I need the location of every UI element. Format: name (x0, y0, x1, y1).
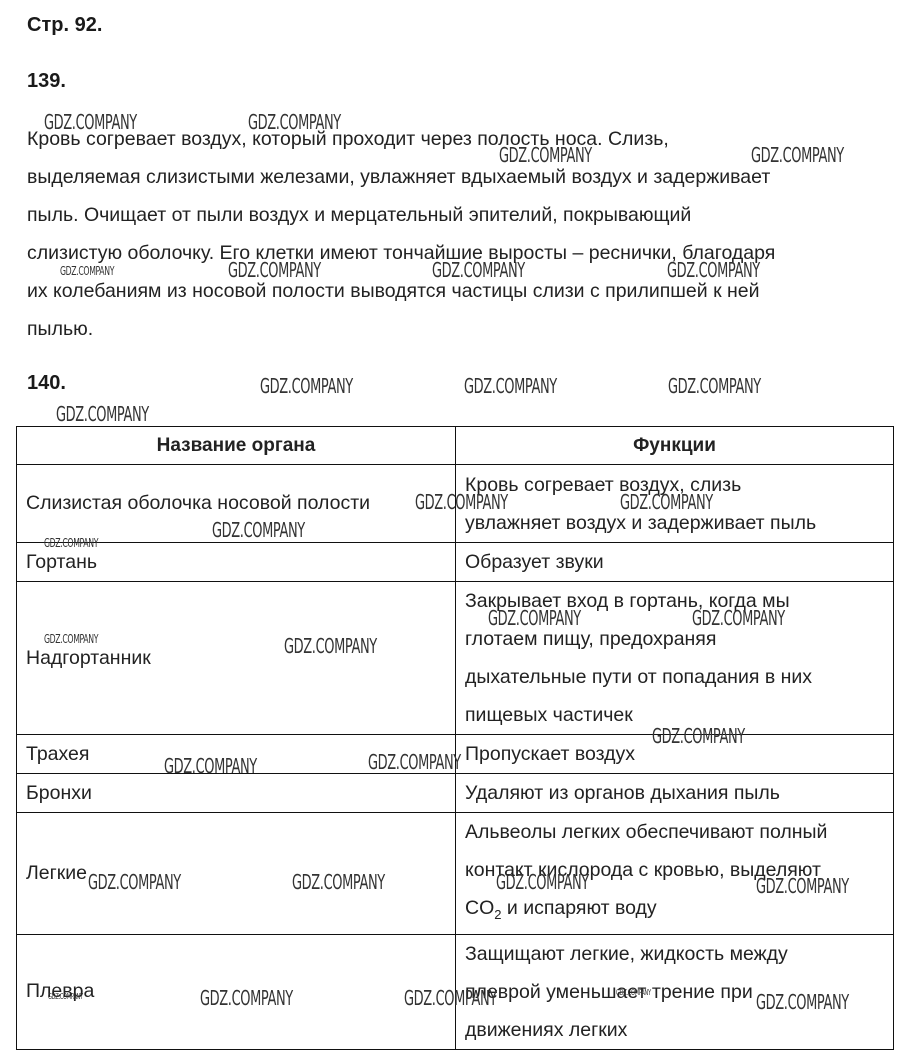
co2-formula: CO (465, 897, 494, 919)
organ-cell: Плевра (17, 934, 456, 1049)
organ-cell: Надгортанник (17, 582, 456, 735)
function-cell: Защищают легкие, жидкость между плеврой … (456, 934, 894, 1049)
text-line: их колебаниям из носовой полости выводят… (27, 272, 887, 310)
organ-cell: Слизистая оболочка носовой полости (17, 465, 456, 543)
table-header-row: Название органа Функции (17, 427, 894, 465)
function-line: Закрывает вход в гортань, когда мы (465, 582, 884, 620)
function-cell: Альвеолы легких обеспечивают полный конт… (456, 813, 894, 935)
table-row: Трахея Пропускает воздух (17, 735, 894, 774)
text-line: пыль. Очищает от пыли воздух и мерцатель… (27, 196, 887, 234)
text-line: Кровь согревает воздух, который проходит… (27, 120, 887, 158)
function-line-rest: и испаряют воду (501, 897, 656, 919)
function-line: плеврой уменьшает трение при (465, 973, 884, 1011)
table-row: Надгортанник Закрывает вход в гортань, к… (17, 582, 894, 735)
text-line: выделяемая слизистыми железами, увлажняе… (27, 158, 887, 196)
function-line: движениях легких (465, 1011, 884, 1049)
page-heading: Стр. 92. (27, 14, 102, 37)
function-cell: Кровь согревает воздух, слизь увлажняет … (456, 465, 894, 543)
text-line: пылью. (27, 310, 887, 348)
function-line: пищевых частичек (465, 696, 884, 734)
function-cell: Пропускает воздух (456, 735, 894, 774)
table-row: Легкие Альвеолы легких обеспечивают полн… (17, 813, 894, 935)
function-line: дыхательные пути от попадания в них (465, 658, 884, 696)
header-functions: Функции (456, 427, 894, 465)
watermark: GDZ.COMPANY (260, 374, 353, 398)
text-line: слизистую оболочку. Его клетки имеют тон… (27, 234, 887, 272)
function-line: Образует звуки (465, 543, 884, 581)
watermark: GDZ.COMPANY (668, 374, 761, 398)
function-cell: Образует звуки (456, 543, 894, 582)
watermark: GDZ.COMPANY (56, 402, 149, 426)
function-line: Удаляют из органов дыхания пыль (465, 774, 884, 812)
task-139-number: 139. (27, 70, 66, 93)
task-139-text: Кровь согревает воздух, который проходит… (27, 120, 887, 348)
function-line: CO2 и испаряют воду (465, 889, 884, 934)
function-line: глотаем пищу, предохраняя (465, 620, 884, 658)
task-140-number: 140. (27, 372, 66, 395)
organ-cell: Гортань (17, 543, 456, 582)
function-line: Защищают легкие, жидкость между (465, 935, 884, 973)
organs-table: Название органа Функции Слизистая оболоч… (16, 426, 894, 1050)
function-line: Альвеолы легких обеспечивают полный (465, 813, 884, 851)
function-line: Кровь согревает воздух, слизь (465, 466, 884, 504)
function-line: Пропускает воздух (465, 735, 884, 773)
organ-cell: Легкие (17, 813, 456, 935)
organ-cell: Трахея (17, 735, 456, 774)
table-row: Плевра Защищают легкие, жидкость между п… (17, 934, 894, 1049)
function-cell: Закрывает вход в гортань, когда мы глота… (456, 582, 894, 735)
header-organ-name: Название органа (17, 427, 456, 465)
watermark: GDZ.COMPANY (464, 374, 557, 398)
table-row: Слизистая оболочка носовой полости Кровь… (17, 465, 894, 543)
function-line: контакт кислорода с кровью, выделяют (465, 851, 884, 889)
table-row: Гортань Образует звуки (17, 543, 894, 582)
table-row: Бронхи Удаляют из органов дыхания пыль (17, 774, 894, 813)
organ-cell: Бронхи (17, 774, 456, 813)
function-line: увлажняет воздух и задерживает пыль (465, 504, 884, 542)
function-cell: Удаляют из органов дыхания пыль (456, 774, 894, 813)
